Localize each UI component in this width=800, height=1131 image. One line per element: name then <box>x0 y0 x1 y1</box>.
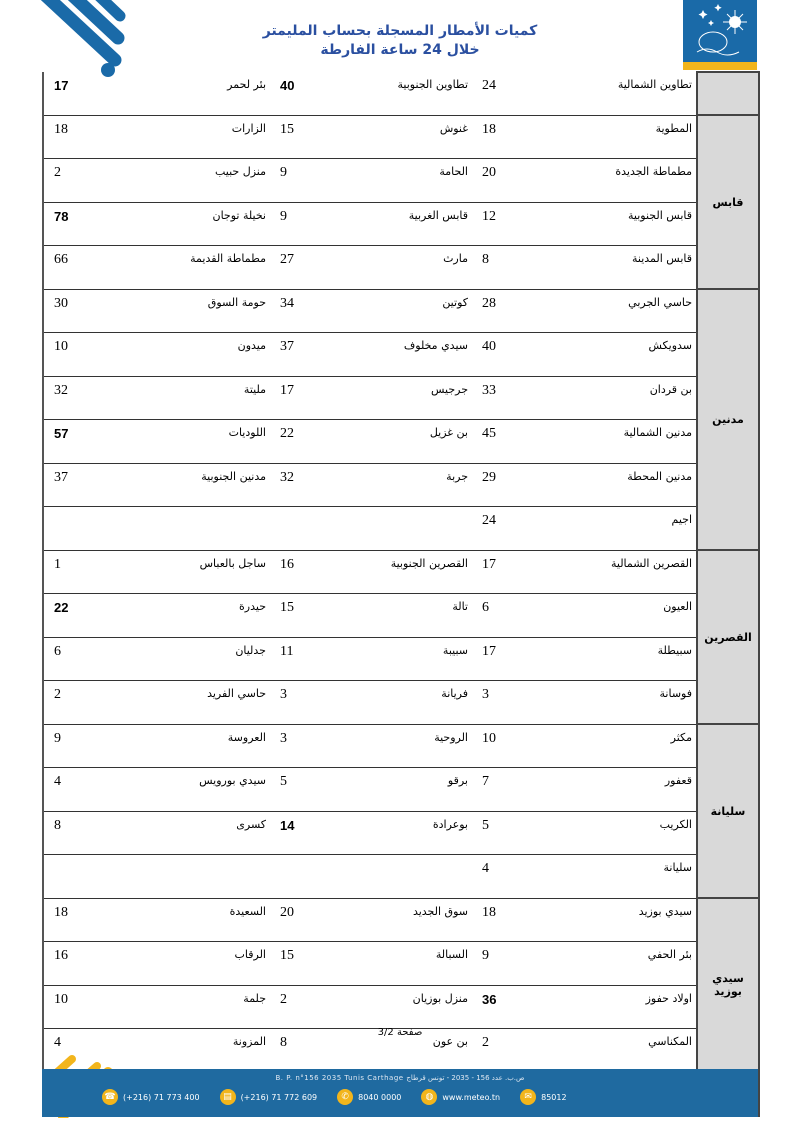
table-row: بئر الحفي9السبالة15الرقاب16 <box>43 942 759 986</box>
table-row: سليانةمكثر10الروحية3العروسة9 <box>43 724 759 768</box>
governorate-cell: القصرين <box>697 550 759 724</box>
rainfall-value: 34 <box>270 289 332 333</box>
station-name: مطماطة القديمة <box>105 246 270 290</box>
station-name: جدليان <box>105 637 270 681</box>
rainfall-value: 5 <box>270 768 332 812</box>
governorate-cell: سليانة <box>697 724 759 898</box>
rainfall-value: 22 <box>270 420 332 464</box>
globe-icon: ◍ <box>421 1089 437 1105</box>
station-name: جلمة <box>105 985 270 1029</box>
station-name: مارث <box>332 246 472 290</box>
rainfall-value: 20 <box>270 898 332 942</box>
rainfall-value: 18 <box>43 898 105 942</box>
rainfall-value: 18 <box>472 898 534 942</box>
station-name: سوق الجديد <box>332 898 472 942</box>
rainfall-value: 28 <box>472 289 534 333</box>
station-name <box>332 855 472 899</box>
rainfall-value: 7 <box>472 768 534 812</box>
station-name: اجيم <box>534 507 697 551</box>
page-number: صفحة 3/2 <box>0 1027 800 1038</box>
station-name: مدنين المحطة <box>534 463 697 507</box>
footer-sms: 85012 <box>541 1093 566 1102</box>
rainfall-value: 45 <box>472 420 534 464</box>
station-name: حاسي الجربي <box>534 289 697 333</box>
rainfall-value: 10 <box>43 985 105 1029</box>
rainfall-value: 3 <box>270 724 332 768</box>
station-name: اللوديات <box>105 420 270 464</box>
station-name: سيدي بورويس <box>105 768 270 812</box>
station-name: السعيدة <box>105 898 270 942</box>
footer-website[interactable]: www.meteo.tn <box>442 1093 500 1102</box>
document-title: كميات الأمطار المسجلة بحساب المليمتر خلا… <box>200 22 600 60</box>
rainfall-value: 4 <box>472 855 534 899</box>
rainfall-value: 40 <box>270 72 332 115</box>
rainfall-value: 66 <box>43 246 105 290</box>
rainfall-value: 18 <box>472 115 534 159</box>
station-name: بوعرادة <box>332 811 472 855</box>
station-name: تطاوين الجنوبية <box>332 72 472 115</box>
table-row: سيدي بوزيدسيدي بوزيد18سوق الجديد20السعيد… <box>43 898 759 942</box>
rainfall-value: 17 <box>270 376 332 420</box>
table-row: القصرينالقصرين الشمالية17القصرين الجنوبي… <box>43 550 759 594</box>
station-name: بئر لحمر <box>105 72 270 115</box>
station-name: بئر الحفي <box>534 942 697 986</box>
rainfall-value: 17 <box>472 550 534 594</box>
rainfall-value: 33 <box>472 376 534 420</box>
footer-phone: (+216) 71 773 400 <box>123 1093 200 1102</box>
table-row: قابسالمطوية18غنوش15الزارات18 <box>43 115 759 159</box>
station-name: القصرين الشمالية <box>534 550 697 594</box>
table-row: مطماطة الجديدة20الحامة9منزل حبيب2 <box>43 159 759 203</box>
rainfall-value: 10 <box>43 333 105 377</box>
station-name: سبيبة <box>332 637 472 681</box>
table-row: سدويكش40سيدي مخلوف37ميدون10 <box>43 333 759 377</box>
rainfall-value: 15 <box>270 594 332 638</box>
rainfall-value: 12 <box>472 202 534 246</box>
rainfall-table: تطاوين الشمالية24تطاوين الجنوبية40بئر لح… <box>42 71 760 1117</box>
governorate-cell: قابس <box>697 115 759 289</box>
station-name: الكريب <box>534 811 697 855</box>
table-row: سبيطلة17سبيبة11جدليان6 <box>43 637 759 681</box>
rainfall-value: 27 <box>270 246 332 290</box>
rainfall-value: 9 <box>270 159 332 203</box>
rainfall-value: 9 <box>43 724 105 768</box>
title-line-1: كميات الأمطار المسجلة بحساب المليمتر <box>200 22 600 41</box>
table-row: اجيم24 <box>43 507 759 551</box>
rainfall-value: 40 <box>472 333 534 377</box>
station-name <box>105 507 270 551</box>
hotline-icon: ✆ <box>337 1089 353 1105</box>
station-name: قابس الغربية <box>332 202 472 246</box>
table-row: مدنينحاسي الجربي28كوتين34حومة السوق30 <box>43 289 759 333</box>
station-name: سبيطلة <box>534 637 697 681</box>
rainfall-value: 9 <box>270 202 332 246</box>
rainfall-value: 30 <box>43 289 105 333</box>
brand-stripes-logo <box>30 0 130 78</box>
station-name: مليتة <box>105 376 270 420</box>
station-name: الحامة <box>332 159 472 203</box>
station-name: تالة <box>332 594 472 638</box>
table-row: قابس الجنوبية12قابس الغربية9نخيلة توجان7… <box>43 202 759 246</box>
rainfall-value: 29 <box>472 463 534 507</box>
station-name: ميدون <box>105 333 270 377</box>
rainfall-value: 37 <box>43 463 105 507</box>
station-name: حاسي الفريد <box>105 681 270 725</box>
rainfall-value: 4 <box>43 768 105 812</box>
station-name: سيدي بوزيد <box>534 898 697 942</box>
station-name: قابس الجنوبية <box>534 202 697 246</box>
rainfall-value: 5 <box>472 811 534 855</box>
rainfall-value: 3 <box>472 681 534 725</box>
station-name: سدويكش <box>534 333 697 377</box>
weather-emblem-icon <box>683 0 757 62</box>
rainfall-value <box>270 855 332 899</box>
station-name: سليانة <box>534 855 697 899</box>
table-row: مدنين الشمالية45بن غزيل22اللوديات57 <box>43 420 759 464</box>
rainfall-value: 57 <box>43 420 105 464</box>
station-name: السبالة <box>332 942 472 986</box>
station-name: برقو <box>332 768 472 812</box>
rainfall-value: 20 <box>472 159 534 203</box>
station-name: حيدرة <box>105 594 270 638</box>
rainfall-value: 10 <box>472 724 534 768</box>
fax-icon: ▤ <box>220 1089 236 1105</box>
station-name: حومة السوق <box>105 289 270 333</box>
station-name: القصرين الجنوبية <box>332 550 472 594</box>
title-line-2: خلال 24 ساعة الفارطة <box>200 41 600 60</box>
rainfall-value: 8 <box>43 811 105 855</box>
table-row: قابس المدينة8مارث27مطماطة القديمة66 <box>43 246 759 290</box>
rainfall-value: 22 <box>43 594 105 638</box>
rainfall-value: 3 <box>270 681 332 725</box>
governorate-cell: مدنين <box>697 289 759 550</box>
rainfall-value <box>43 507 105 551</box>
rainfall-value: 32 <box>43 376 105 420</box>
station-name: مدنين الجنوبية <box>105 463 270 507</box>
station-name: تطاوين الشمالية <box>534 72 697 115</box>
footer-hotline: 8040 0000 <box>358 1093 401 1102</box>
rainfall-value: 16 <box>270 550 332 594</box>
rainfall-value: 1 <box>43 550 105 594</box>
footer-fax: (+216) 71 772 609 <box>241 1093 318 1102</box>
governorate-cell <box>697 72 759 115</box>
rainfall-value: 14 <box>270 811 332 855</box>
table-row: بن قردان33جرجيس17مليتة32 <box>43 376 759 420</box>
station-name: منزل حبيب <box>105 159 270 203</box>
station-name: كسرى <box>105 811 270 855</box>
rainfall-value: 17 <box>472 637 534 681</box>
rainfall-value: 18 <box>43 115 105 159</box>
rainfall-value: 24 <box>472 507 534 551</box>
station-name: ساجل بالعباس <box>105 550 270 594</box>
station-name: مدنين الشمالية <box>534 420 697 464</box>
station-name: بن قردان <box>534 376 697 420</box>
station-name: العروسة <box>105 724 270 768</box>
sms-icon: ✉ <box>520 1089 536 1105</box>
station-name: نخيلة توجان <box>105 202 270 246</box>
station-name: مكثر <box>534 724 697 768</box>
rainfall-value: 2 <box>270 985 332 1029</box>
table-row: تطاوين الشمالية24تطاوين الجنوبية40بئر لح… <box>43 72 759 115</box>
rainfall-value: 24 <box>472 72 534 115</box>
governorate-cell: سيدي بوزيد <box>697 898 759 1072</box>
station-name: فريانة <box>332 681 472 725</box>
station-name: سيدي مخلوف <box>332 333 472 377</box>
table-row: العيون6تالة15حيدرة22 <box>43 594 759 638</box>
table-row: فوسانة3فريانة3حاسي الفريد2 <box>43 681 759 725</box>
station-name: الرقاب <box>105 942 270 986</box>
station-name: المطوية <box>534 115 697 159</box>
station-name: اولاد حفوز <box>534 985 697 1029</box>
rainfall-value: 11 <box>270 637 332 681</box>
rainfall-value: 78 <box>43 202 105 246</box>
rainfall-value <box>43 855 105 899</box>
station-name: بن غزيل <box>332 420 472 464</box>
station-name: جرجيس <box>332 376 472 420</box>
table-row: قعفور7برقو5سيدي بورويس4 <box>43 768 759 812</box>
station-name: قابس المدينة <box>534 246 697 290</box>
station-name: كوتين <box>332 289 472 333</box>
table-row: اولاد حفوز36منزل بوزيان2جلمة10 <box>43 985 759 1029</box>
station-name <box>332 507 472 551</box>
station-name: جربة <box>332 463 472 507</box>
station-name <box>105 855 270 899</box>
station-name: مطماطة الجديدة <box>534 159 697 203</box>
rainfall-value: 2 <box>43 681 105 725</box>
station-name: فوسانة <box>534 681 697 725</box>
station-name: غنوش <box>332 115 472 159</box>
rainfall-value: 6 <box>43 637 105 681</box>
rainfall-value <box>270 507 332 551</box>
rainfall-value: 15 <box>270 115 332 159</box>
station-name: الروحية <box>332 724 472 768</box>
phone-icon: ☎ <box>102 1089 118 1105</box>
rainfall-value: 37 <box>270 333 332 377</box>
inm-logo <box>683 0 757 70</box>
table-row: سليانة4 <box>43 855 759 899</box>
rainfall-value: 16 <box>43 942 105 986</box>
rainfall-value: 32 <box>270 463 332 507</box>
footer: B. P. n°156 2035 Tunis Carthage ص.ب. عدد… <box>42 1062 758 1117</box>
station-name: منزل بوزيان <box>332 985 472 1029</box>
station-name: الزارات <box>105 115 270 159</box>
rainfall-value: 36 <box>472 985 534 1029</box>
rainfall-value: 2 <box>43 159 105 203</box>
station-name: العيون <box>534 594 697 638</box>
rainfall-value: 6 <box>472 594 534 638</box>
table-row: مدنين المحطة29جربة32مدنين الجنوبية37 <box>43 463 759 507</box>
station-name: قعفور <box>534 768 697 812</box>
rainfall-value: 9 <box>472 942 534 986</box>
footer-address: B. P. n°156 2035 Tunis Carthage ص.ب. عدد… <box>42 1074 758 1082</box>
rainfall-value: 15 <box>270 942 332 986</box>
table-row: الكريب5بوعرادة14كسرى8 <box>43 811 759 855</box>
rainfall-value: 8 <box>472 246 534 290</box>
rainfall-value: 17 <box>43 72 105 115</box>
